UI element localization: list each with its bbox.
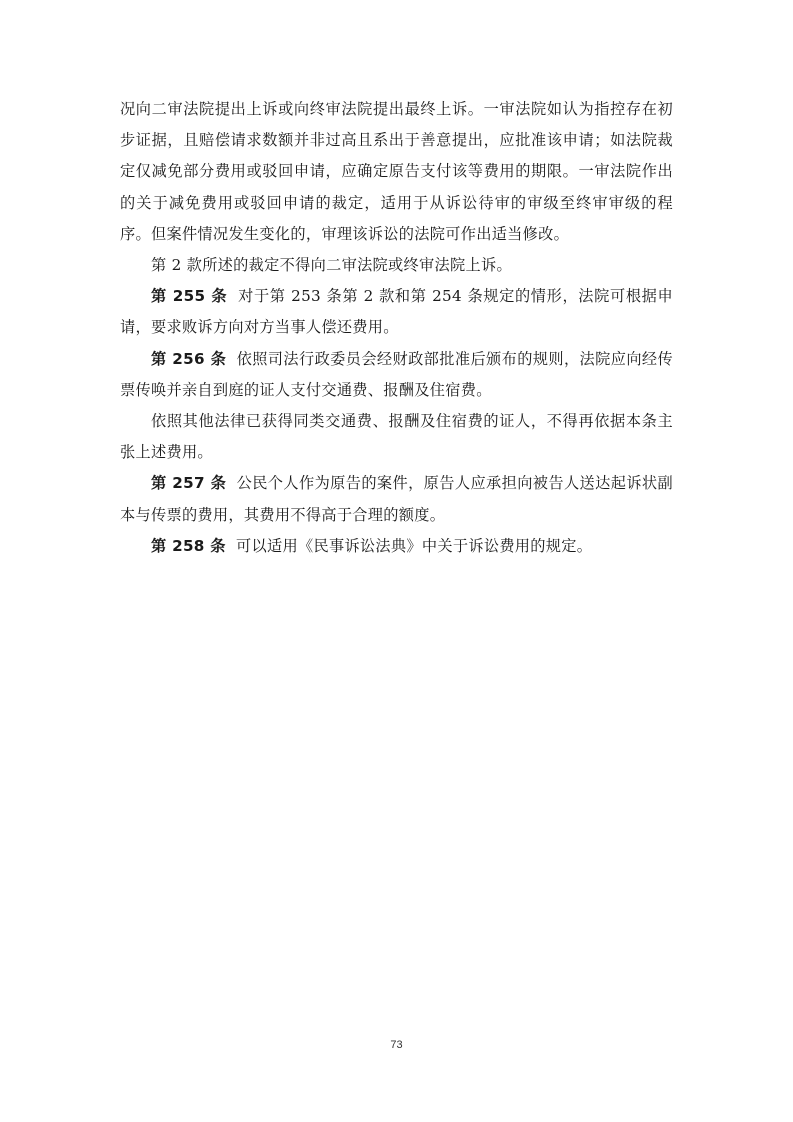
paragraph-continuation: 况向二审法院提出上诉或向终审法院提出最终上诉。一审法院如认为指控存在初步证据，且… — [120, 94, 673, 250]
article-257: 第 257 条 公民个人作为原告的案件，原告人应承担向被告人送达起诉状副本与传票… — [120, 468, 673, 530]
paragraph-text: 依照其他法律已获得同类交通费、报酬及住宿费的证人，不得再依据本条主张上述费用。 — [120, 412, 673, 461]
article-255: 第 255 条 对于第 253 条第 2 款和第 254 条规定的情形，法院可根… — [120, 281, 673, 343]
article-number: 第 257 条 — [151, 474, 226, 492]
paragraph: 依照其他法律已获得同类交通费、报酬及住宿费的证人，不得再依据本条主张上述费用。 — [120, 406, 673, 468]
article-256: 第 256 条 依照司法行政委员会经财政部批准后颁布的规则，法院应向经传票传唤并… — [120, 344, 673, 406]
page-body: 况向二审法院提出上诉或向终审法院提出最终上诉。一审法院如认为指控存在初步证据，且… — [120, 94, 673, 562]
article-number: 第 258 条 — [151, 537, 226, 555]
page-number: 73 — [0, 1039, 793, 1051]
article-number: 第 255 条 — [151, 287, 227, 305]
article-text: 可以适用《民事诉讼法典》中关于诉讼费用的规定。 — [236, 537, 592, 555]
article-258: 第 258 条 可以适用《民事诉讼法典》中关于诉讼费用的规定。 — [120, 531, 673, 562]
paragraph-text: 况向二审法院提出上诉或向终审法院提出最终上诉。一审法院如认为指控存在初步证据，且… — [120, 100, 673, 243]
article-number: 第 256 条 — [151, 350, 226, 368]
paragraph: 第 2 款所述的裁定不得向二审法院或终审法院上诉。 — [120, 250, 673, 281]
paragraph-text: 第 2 款所述的裁定不得向二审法院或终审法院上诉。 — [151, 256, 512, 274]
